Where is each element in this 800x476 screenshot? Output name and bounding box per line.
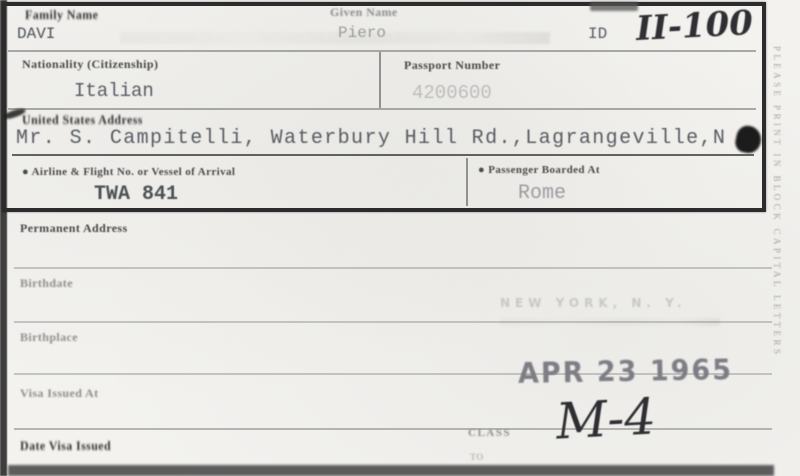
family-name-value: DAVI bbox=[17, 25, 55, 43]
divider bbox=[8, 50, 756, 52]
divider bbox=[8, 108, 756, 110]
divider bbox=[379, 52, 381, 108]
scanned-arrival-card: Family Name DAVI Given Name Piero ID II-… bbox=[0, 0, 800, 476]
flight-label: ● Airline & Flight No. or Vessel of Arri… bbox=[22, 166, 235, 178]
permanent-address-label: Permanent Address bbox=[20, 221, 128, 236]
family-name-label: Family Name bbox=[25, 8, 98, 24]
nationality-value: Italian bbox=[74, 80, 154, 102]
us-address-label: United States Address bbox=[22, 113, 143, 129]
stamp-city-line: NEW YORK, N. Y. bbox=[500, 296, 686, 310]
margin-instruction: PLEASE PRINT IN BLOCK CAPITAL LETTERS bbox=[772, 46, 782, 470]
boarded-at-label: ● Passenger Boarded At bbox=[478, 164, 600, 176]
flight-value: TWA 841 bbox=[94, 183, 178, 206]
boarded-at-value: Rome bbox=[518, 182, 566, 205]
divider bbox=[14, 267, 772, 269]
date-visa-issued-label: Date Visa Issued bbox=[20, 439, 111, 455]
divider bbox=[12, 154, 754, 156]
visa-issued-at-label: Visa Issued At bbox=[20, 386, 99, 401]
stamp-date: APR 23 1965 bbox=[518, 354, 734, 390]
passport-number-label: Passport Number bbox=[404, 58, 500, 73]
nationality-label: Nationality (Citizenship) bbox=[22, 57, 158, 72]
given-name-label: Given Name bbox=[330, 5, 398, 20]
class-sub-label: TO bbox=[470, 452, 484, 462]
scan-smear bbox=[120, 32, 550, 44]
class-handwritten: M-4 bbox=[555, 387, 658, 450]
id-handwritten: II-100 bbox=[635, 3, 754, 49]
class-label: CLASS bbox=[468, 427, 511, 439]
divider bbox=[466, 158, 468, 206]
us-address-value: Mr. S. Campitelli, Waterbury Hill Rd.,La… bbox=[16, 127, 726, 150]
passport-number-value: 4200600 bbox=[412, 82, 492, 104]
birthdate-label: Birthdate bbox=[20, 276, 73, 291]
divider bbox=[14, 428, 772, 430]
given-name-value: Piero bbox=[338, 24, 386, 42]
stamp-smear bbox=[500, 318, 720, 326]
birthplace-label: Birthplace bbox=[20, 330, 78, 345]
card-bottom-edge bbox=[8, 465, 774, 476]
id-typed: ID bbox=[588, 25, 607, 43]
smudged-label bbox=[590, 2, 638, 11]
